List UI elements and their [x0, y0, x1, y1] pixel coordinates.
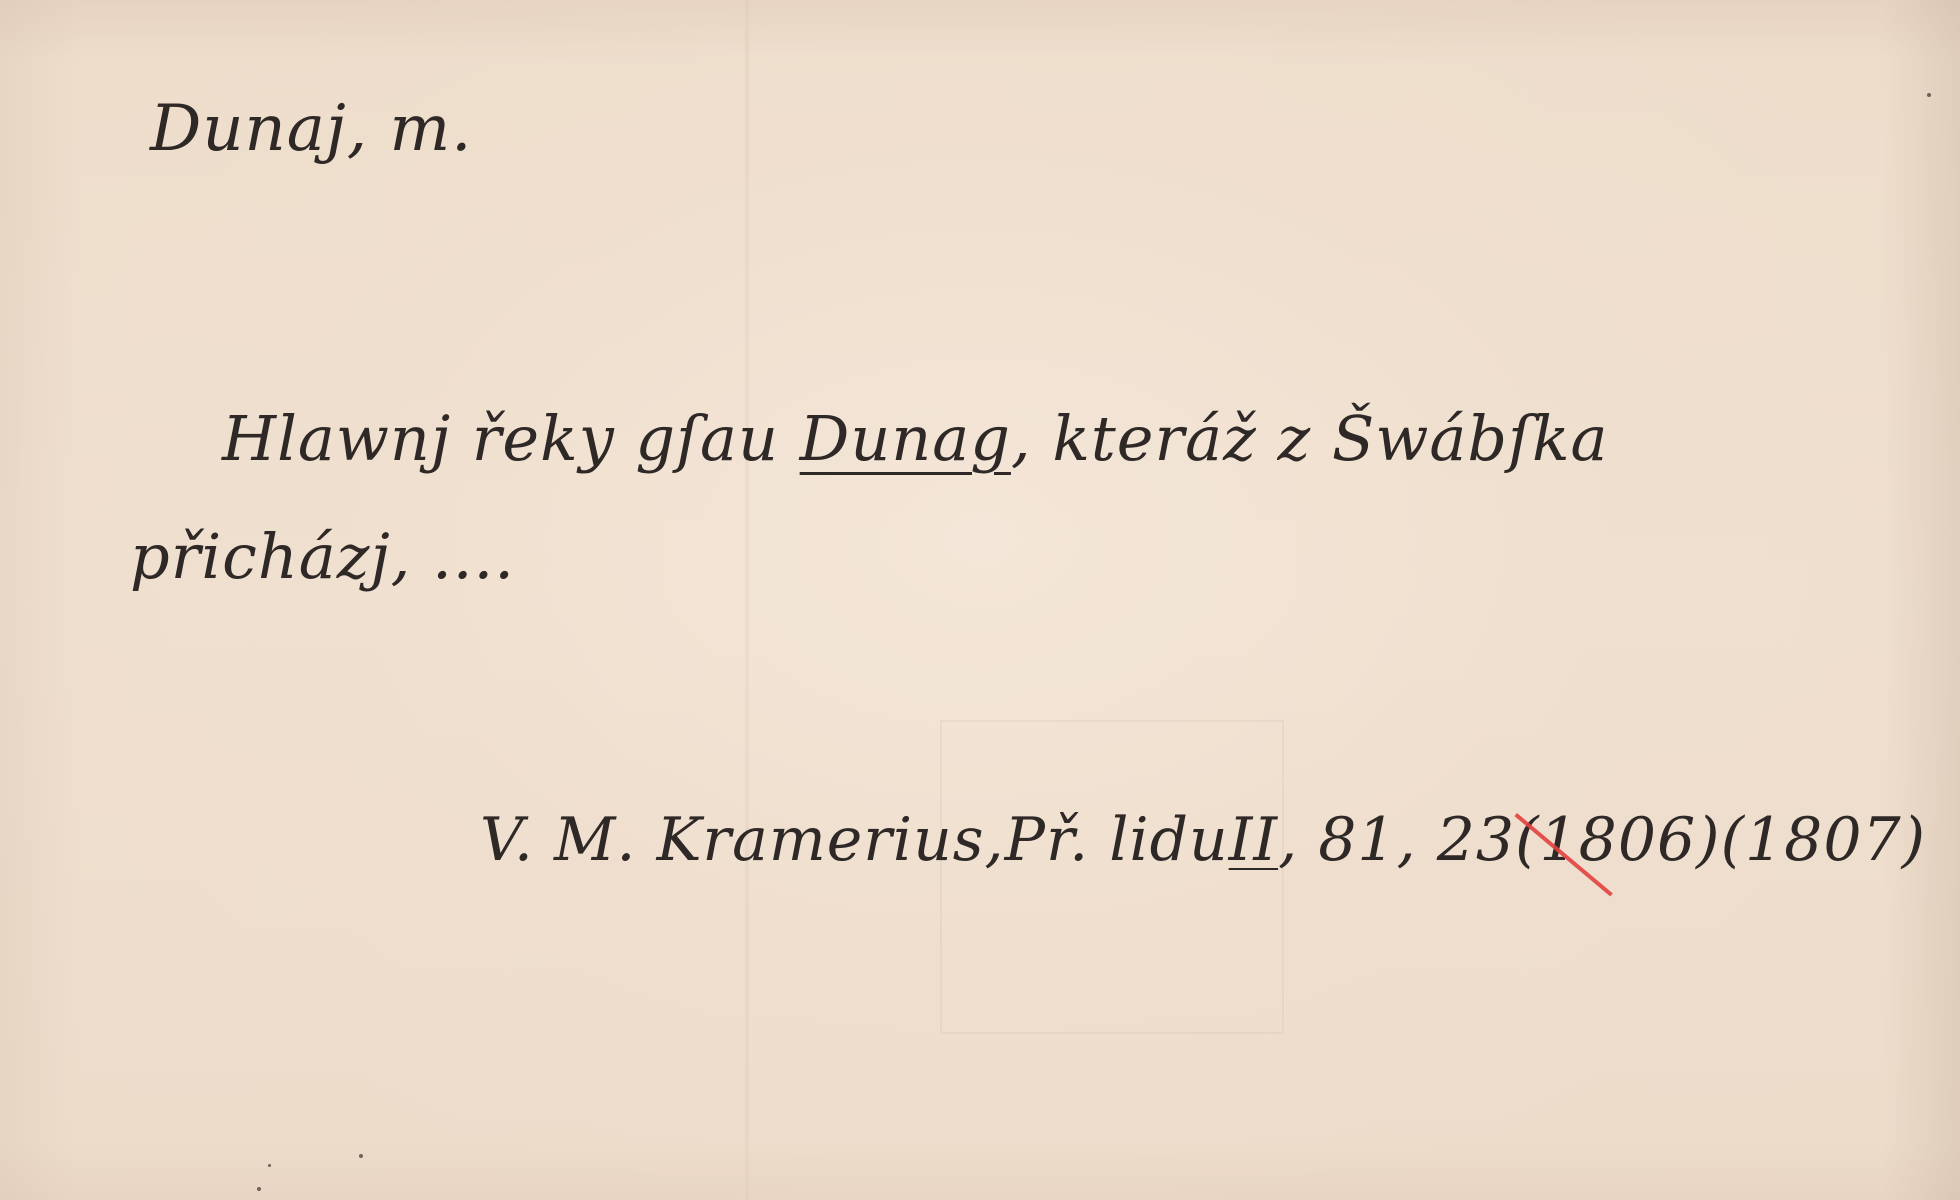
citation-work: Př. lidu — [1005, 805, 1229, 875]
paper-speck — [359, 1154, 363, 1158]
quote-text: , kteráž z Šwábſka — [1011, 402, 1609, 475]
citation: V. M. Kramerius, Př. lidu II, 81, 23 (18… — [480, 805, 1926, 875]
quote-line-1: Hlawnj řeky gſau Dunag, kteráž z Šwábſka — [222, 402, 1609, 475]
citation-author: V. M. Kramerius, — [480, 805, 1005, 875]
headword: Dunaj, m. — [150, 92, 472, 166]
quote-line-2: přicházj, .... — [130, 520, 515, 593]
citation-volume: II — [1229, 805, 1278, 875]
quote-keyword-underlined: Dunag — [800, 402, 1011, 475]
index-card: Dunaj, m. Hlawnj řeky gſau Dunag, kteráž… — [0, 0, 1960, 1200]
paper-speck — [257, 1187, 261, 1191]
paper-show-through — [940, 720, 1284, 1034]
paper-speck — [268, 1164, 271, 1167]
quote-text: Hlawnj řeky gſau — [222, 402, 800, 475]
citation-pages: , 81, 23 — [1278, 805, 1515, 875]
paper-speck — [1927, 93, 1931, 97]
paper-fold-mark — [745, 0, 749, 1200]
citation-struck-year: (1806) — [1515, 805, 1721, 875]
citation-year: (1807) — [1721, 805, 1927, 875]
